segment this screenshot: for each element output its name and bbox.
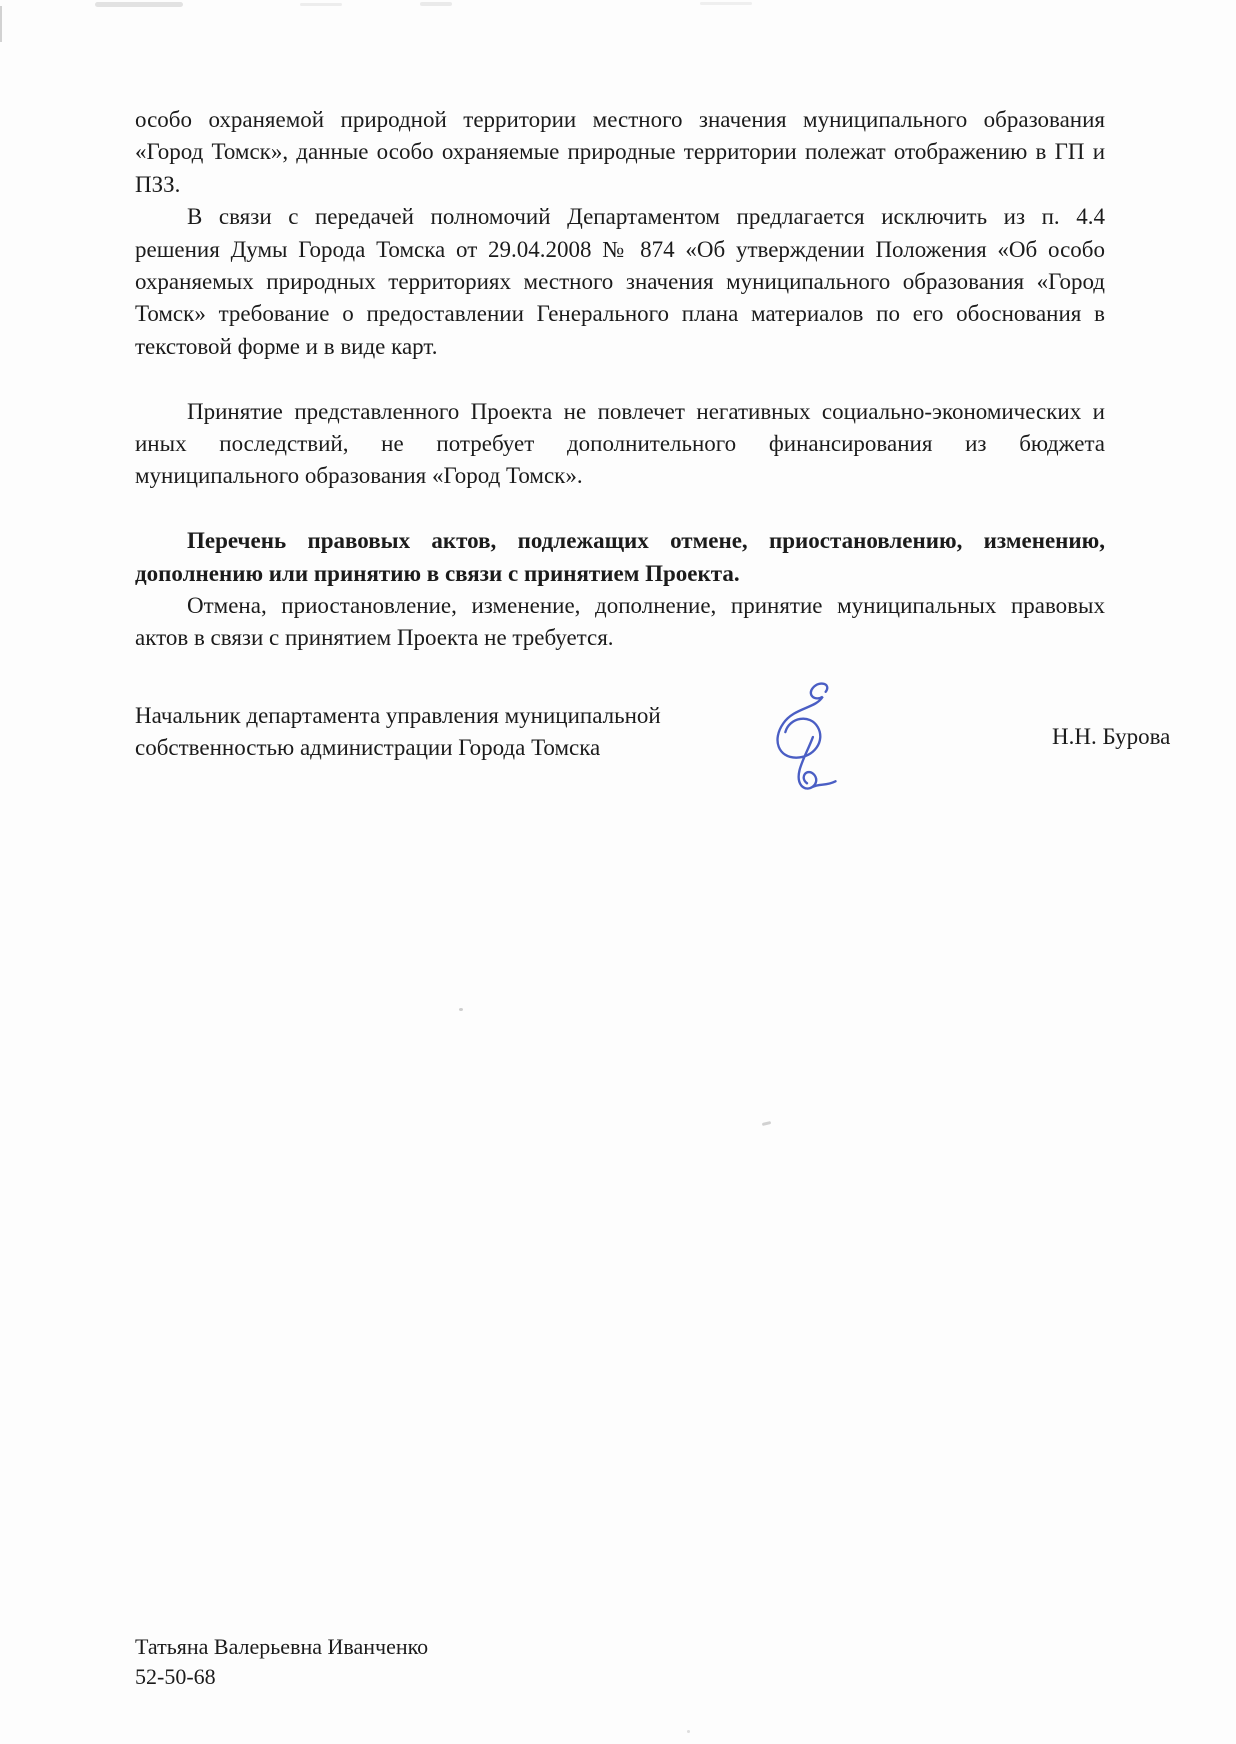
paragraph-continuation: особо охраняемой природной территории ме… [135,104,1105,201]
paragraph-line: иных последствий, не потребует дополните… [135,428,1105,460]
document-page: особо охраняемой природной территории ме… [0,0,1236,1744]
paragraph-spacer [135,493,1105,525]
section-heading-line: дополнению или принятию в связи с принят… [135,558,1105,590]
footer-contact-name: Татьяна Валерьевна Иванченко [135,1632,428,1662]
paragraph-acts: Отмена, приостановление, изменение, допо… [135,590,1105,655]
section-heading-line: Перечень правовых актов, подлежащих отме… [135,525,1105,557]
paragraph-line: решения Думы Города Томска от 29.04.2008… [135,234,1105,266]
paragraph-line: Принятие представленного Проекта не повл… [135,396,1105,428]
paragraph-line: охраняемых природных территориях местног… [135,266,1105,298]
signatory-name: Н.Н. Бурова [1052,724,1170,750]
scan-speck-artifact [762,1121,771,1126]
scan-speck-artifact [687,1730,690,1733]
scan-edge-artifact [0,6,2,42]
paragraph-line: актов в связи с принятием Проекта не тре… [135,622,1105,654]
section-heading: Перечень правовых актов, подлежащих отме… [135,525,1105,590]
paragraph-line: особо охраняемой природной территории ме… [135,104,1105,136]
footer-contact: Татьяна Валерьевна Иванченко 52-50-68 [135,1632,428,1692]
signature-ink [756,680,856,798]
paragraph-line: Томск» требование о предоставлении Генер… [135,298,1105,330]
paragraph-line: ПЗЗ. [135,169,1105,201]
body-text: особо охраняемой природной территории ме… [135,104,1105,655]
signatory-title: Начальник департамента управления муници… [135,700,715,765]
scan-smudge-artifact [300,3,342,6]
scan-speck-artifact [459,1008,463,1011]
paragraph-line: текстовой форме и в виде карт. [135,331,1105,363]
paragraph-spacer [135,363,1105,395]
paragraph-line: В связи с передачей полномочий Департаме… [135,201,1105,233]
footer-phone: 52-50-68 [135,1662,428,1692]
signature-stroke [778,684,836,789]
paragraph-consequences: Принятие представленного Проекта не повл… [135,396,1105,493]
signatory-title-line: собственностью администрации Города Томс… [135,732,715,764]
paragraph-line: «Город Томск», данные особо охраняемые п… [135,136,1105,168]
scan-smudge-artifact [95,2,183,7]
scan-smudge-artifact [700,2,752,5]
paragraph-amendment: В связи с передачей полномочий Департаме… [135,201,1105,363]
scan-smudge-artifact [420,2,452,6]
paragraph-line: муниципального образования «Город Томск»… [135,460,1105,492]
signatory-title-line: Начальник департамента управления муници… [135,700,715,732]
paragraph-line: Отмена, приостановление, изменение, допо… [135,590,1105,622]
